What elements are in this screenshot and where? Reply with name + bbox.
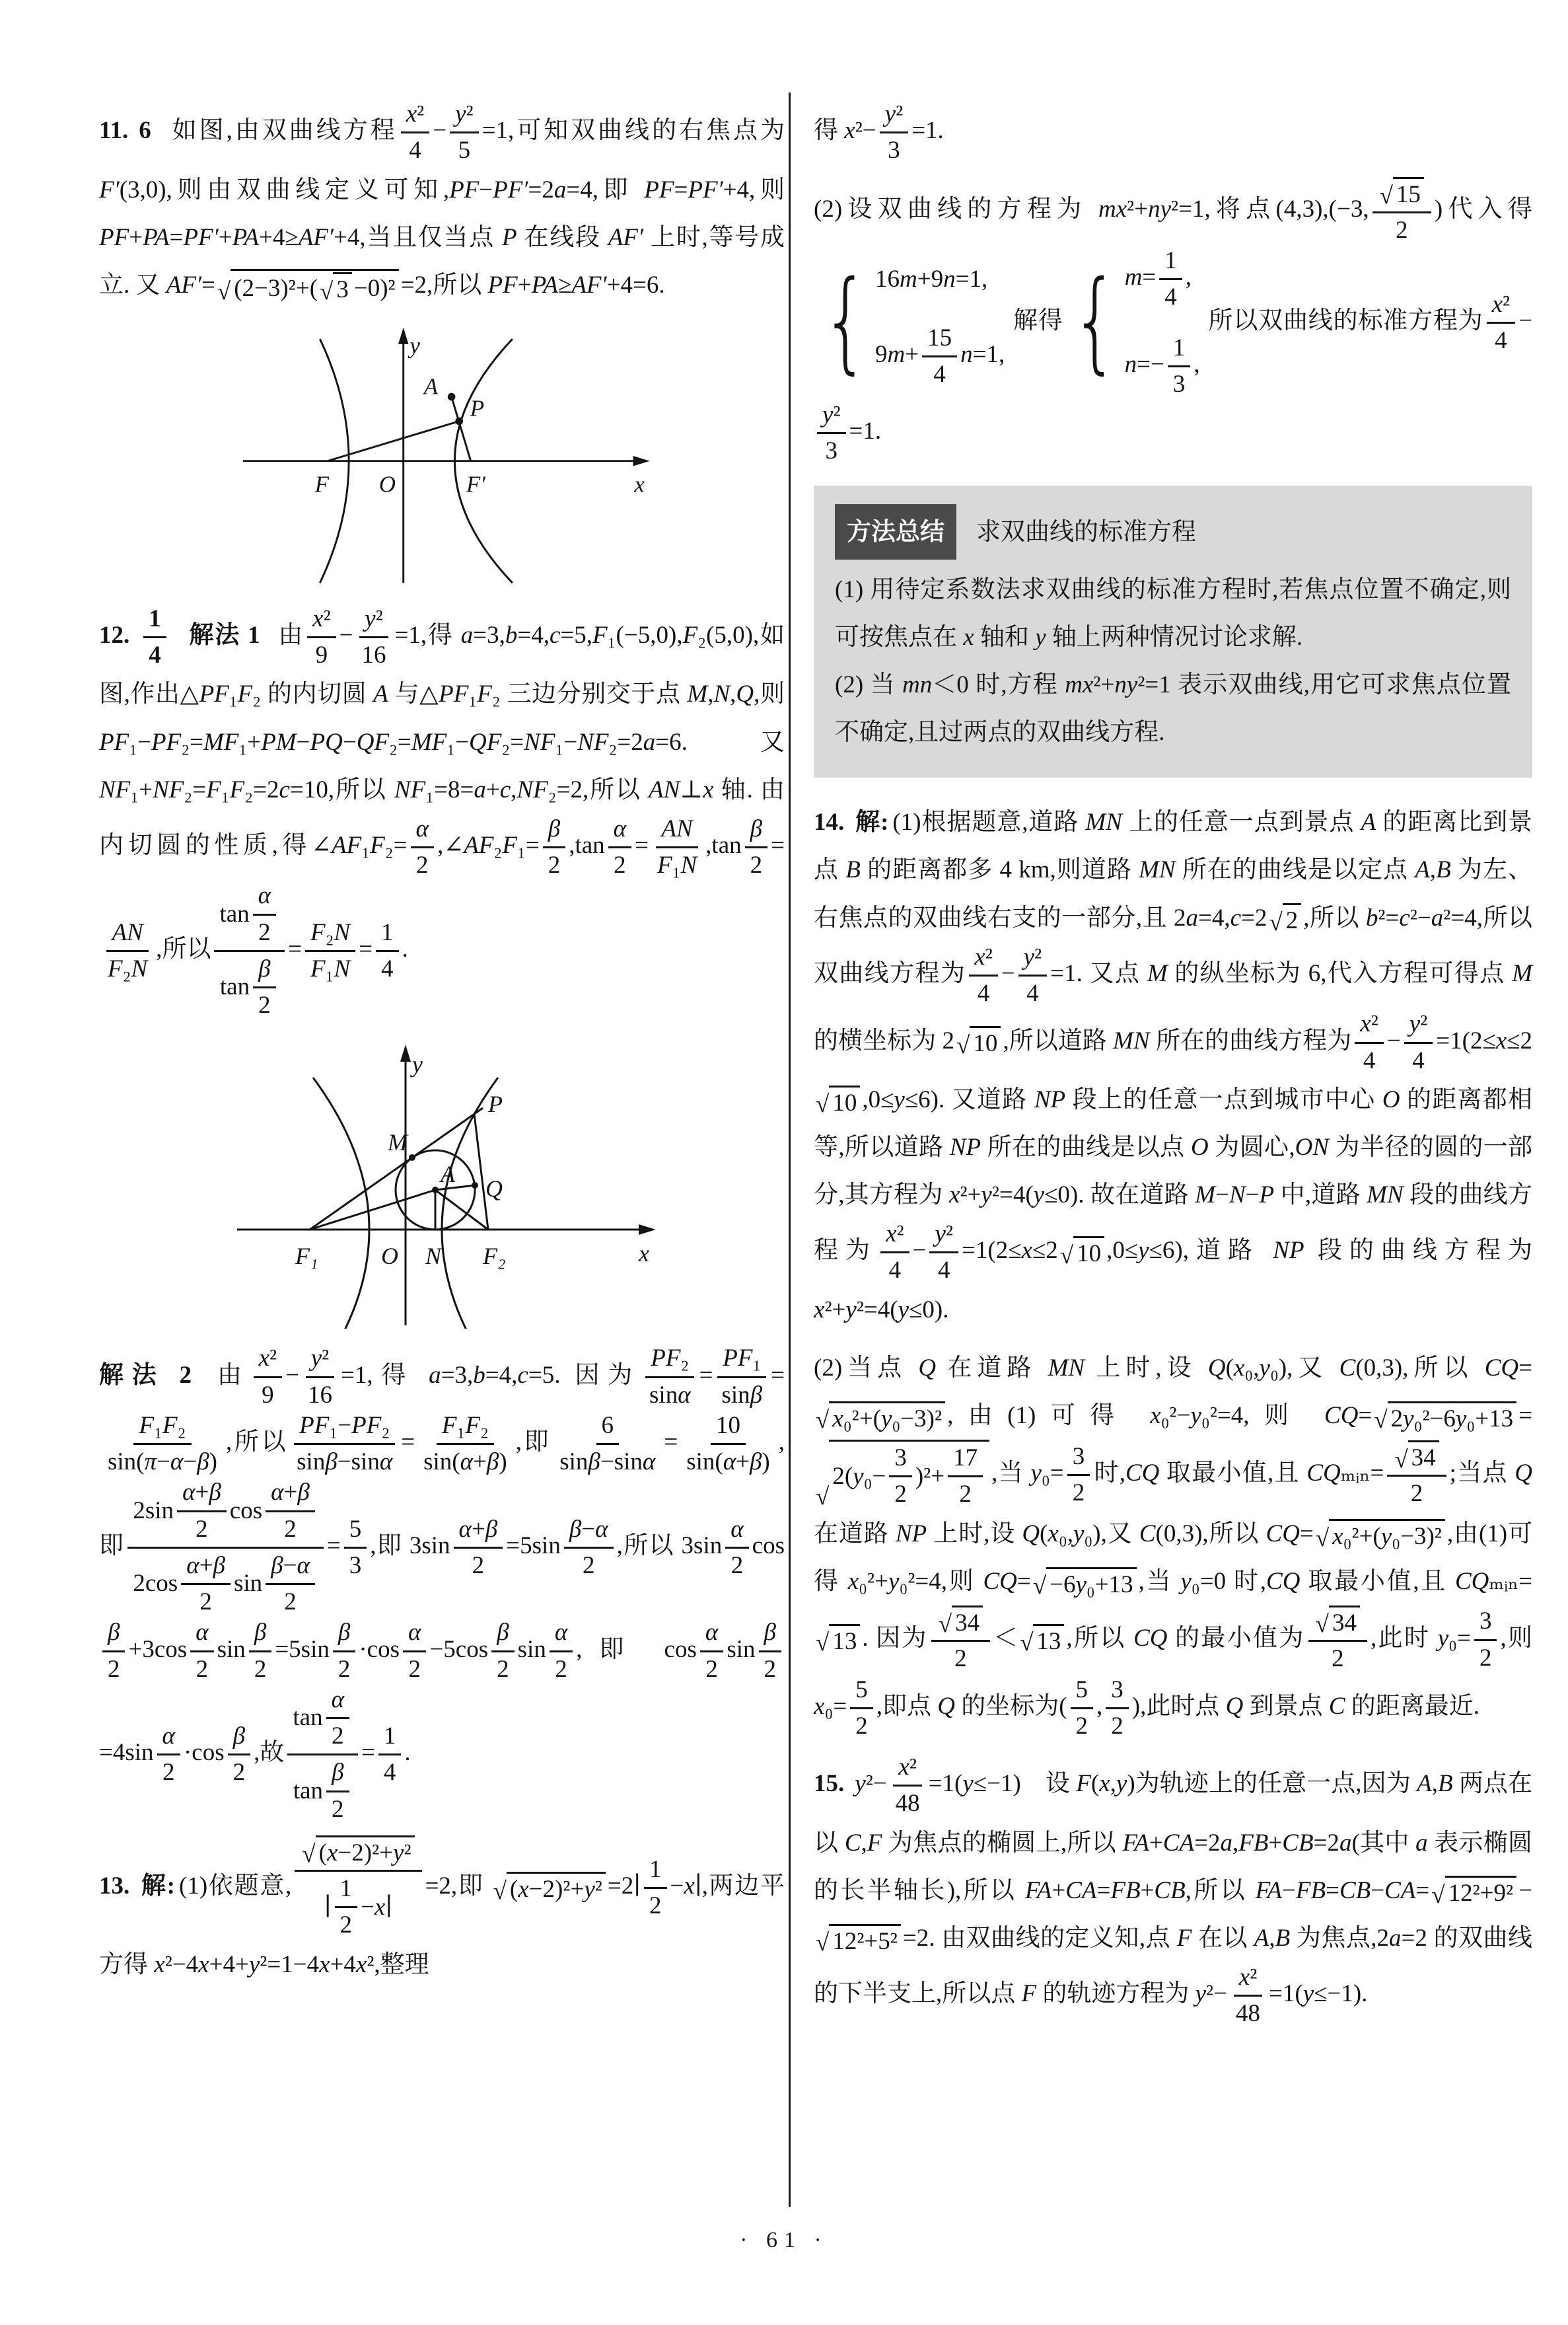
problem-13-result: 得 x²−y²3=1. [814, 117, 944, 144]
method-2-label: 解法 2 [99, 1362, 192, 1389]
problem-14-part1: (1)根据题意,道路 MN 上的任意一点到景点 A 的距离比到景点 B 的距离都… [814, 809, 1532, 1323]
label-M: M [387, 1129, 409, 1156]
hyperbola-left-branch [313, 1078, 369, 1329]
method-summary-item-2: (2) 当 mn＜0 时,方程 mx²+ny²=1 表示双曲线,用它可求焦点位置… [835, 661, 1511, 757]
left-brace-icon: { [822, 268, 870, 377]
equation-system-1: {16m+9n=1,9m+154n=1, [822, 256, 1005, 390]
method-summary-item-1: (1) 用待定系数法求双曲线的标准方程时,若焦点位置不确定,则可按焦点在 x 轴… [835, 566, 1511, 661]
left-brace-icon: { [1071, 268, 1120, 377]
problem-11-answer: 6 [139, 117, 151, 144]
problem-13-part2: (2)设双曲线的方程为 mx²+ny²=1,将点(4,3),(−3,√152)代… [814, 177, 1532, 467]
system-2-line-1: m=14, [1125, 246, 1200, 313]
problem-14-solve-label: 解: [855, 809, 888, 836]
problem-14-part2-text: (2)当点 Q 在道路 MN 上时,设 Q(x₀,y₀),又 C(0,3),所以… [814, 1354, 1532, 1720]
system-2-line-2: n=−13, [1125, 333, 1200, 400]
problem-15-answer: y²−x²48=1(y≤−1) [855, 1770, 1021, 1797]
label-F: F [314, 471, 330, 497]
label-F2: F₂ [482, 1243, 506, 1269]
method-summary-badge: 方法总结 [835, 504, 956, 560]
label-O: O [381, 1243, 398, 1269]
solve-label: 解得 [1013, 307, 1063, 334]
point-A [448, 393, 456, 401]
equation-system-2: {m=14,n=−13, [1071, 246, 1200, 400]
problem-13-solution: (1)依题意,√(x−2)²+y²∣12−x∣=2,即 √(x−2)²+y²=2… [99, 1872, 785, 1977]
segment-F1-P [310, 1108, 483, 1230]
method-summary-title: 求双曲线的标准方程 [976, 519, 1196, 546]
label-P: P [470, 396, 484, 422]
label-N: N [425, 1243, 443, 1269]
problem-15-number: 15. [814, 1770, 844, 1797]
problem-12-method-2: 解法 2由x²9−y²16=1,得 a=3,b=4,c=5. 因为PF₂sin … [99, 1343, 785, 1825]
system-1-line-2: 9m+154n=1, [875, 323, 1005, 390]
problem-15: 15.y²−x²48=1(y≤−1) 设 F(x,y)为轨迹上的任意一点,因为 … [814, 1752, 1532, 2029]
problem-11: 11.6如图,由双曲线方程x²4−y²5=1,可知双曲线的右焦点为 F′(3,0… [99, 99, 785, 309]
x-axis-arrow-icon [633, 456, 649, 466]
y-axis-arrow-icon [400, 1045, 411, 1062]
label-P: P [487, 1091, 503, 1117]
textbook-page: 11.6如图,由双曲线方程x²4−y²5=1,可知双曲线的右焦点为 F′(3,0… [0, 0, 1568, 2325]
problem-11-solution: 如图,由双曲线方程x²4−y²5=1,可知双曲线的右焦点为 F′(3,0),则由… [99, 117, 785, 299]
method-2-solution: 由x²9−y²16=1,得 a=3,b=4,c=5. 因为PF₂sin α=PF… [99, 1362, 785, 1767]
label-Q: Q [485, 1175, 503, 1202]
label-A: A [423, 374, 439, 400]
right-column: 得 x²−y²3=1. (2)设双曲线的方程为 mx²+ny²=1,将点(4,3… [814, 99, 1532, 2040]
system-1-line-1: 16m+9n=1, [875, 256, 1005, 303]
point-M [409, 1154, 415, 1161]
label-x: x [638, 1240, 649, 1267]
figure-hyperbola-problem-11: y x O F F′ A P [99, 320, 785, 589]
y-axis-arrow-icon [398, 328, 409, 344]
label-y: y [410, 1051, 423, 1078]
label-A: A [439, 1161, 456, 1187]
point-A [432, 1187, 439, 1193]
problem-14-number: 14. [814, 809, 844, 836]
problem-13-solve-label: 解: [140, 1872, 175, 1900]
problem-13: 13.解:(1)依题意,√(x−2)²+y²∣12−x∣=2,即 √(x−2)²… [99, 1835, 785, 1989]
problem-13-continuation: 得 x²−y²3=1. [814, 99, 1532, 166]
problem-11-number: 11. [99, 117, 128, 144]
method-1-label: 解法 1 [188, 622, 260, 649]
label-F1: F₁ [295, 1243, 318, 1269]
problem-14-part2: (2)当点 Q 在道路 MN 上时,设 Q(x₀,y₀),又 C(0,3),所以… [814, 1345, 1532, 1742]
label-y: y [408, 332, 420, 358]
problem-14: 14.解:(1)根据题意,道路 MN 上的任意一点到景点 A 的距离比到景点 B… [814, 799, 1532, 1333]
problem-13-number: 13. [99, 1872, 129, 1900]
left-column: 11.6如图,由双曲线方程x²4−y²5=1,可知双曲线的右焦点为 F′(3,0… [99, 99, 785, 1999]
column-divider [789, 92, 791, 2207]
part2-intro: (2)设双曲线的方程为 mx²+ny²=1,将点(4,3),(−3,√152)代… [814, 196, 1532, 223]
label-x: x [633, 471, 645, 497]
point-Q [472, 1182, 478, 1189]
page-number: · 61 · [0, 2228, 1568, 2253]
segment-F1-A [310, 1190, 435, 1230]
x-axis-arrow-icon [639, 1224, 656, 1235]
label-O: O [379, 471, 396, 497]
problem-12-number: 12. [99, 622, 129, 649]
method-1-solution: 由x²9−y²16=1,得 a=3,b=4,c=5,F₁(−5,0),F₂(5,… [99, 622, 785, 963]
segment-P-F2 [474, 1114, 488, 1230]
method-summary-header: 方法总结求双曲线的标准方程 [835, 504, 1511, 560]
problem-12-answer: 14 [140, 622, 170, 649]
problem-12: 12.14解法 1由x²9−y²16=1,得 a=3,b=4,c=5,F₁(−5… [99, 604, 785, 1021]
point-P [455, 418, 463, 425]
figure-hyperbola-incircle-problem-12: y x F₁ O N F₂ M A P Q [99, 1031, 785, 1329]
label-F-prime: F′ [466, 471, 486, 497]
method-summary-box: 方法总结求双曲线的标准方程 (1) 用待定系数法求双曲线的标准方程时,若焦点位置… [814, 486, 1532, 778]
